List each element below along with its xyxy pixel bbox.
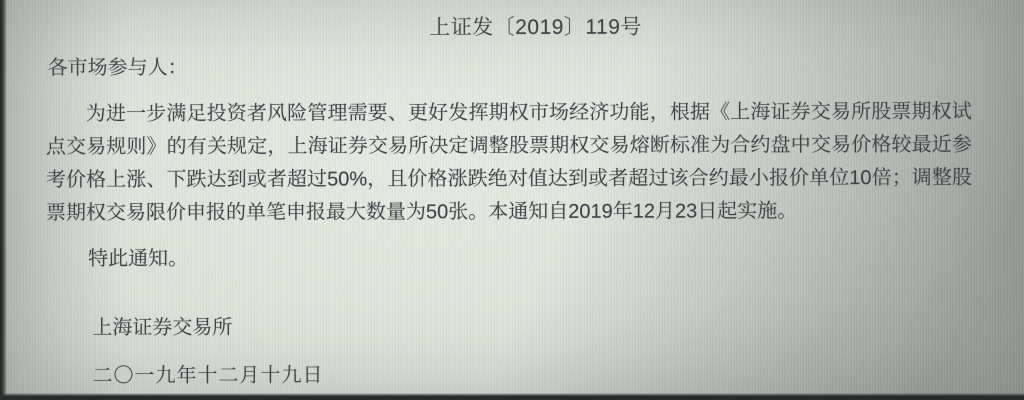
notice-document: 上证发〔2019〕119号 各市场参与人： 为进一步满足投资者风险管理需要、更好…	[0, 0, 1024, 400]
closing-phrase: 特此通知。	[88, 244, 188, 274]
body-paragraph: 为进一步满足投资者风险管理需要、更好发挥期权市场经济功能，根据《上海证券交易所股…	[46, 96, 972, 230]
screen-photo: 上证发〔2019〕119号 各市场参与人： 为进一步满足投资者风险管理需要、更好…	[0, 0, 1024, 400]
salutation: 各市场参与人：	[48, 53, 188, 83]
screen-left-edge	[0, 0, 7, 400]
screen-bottom-edge	[0, 393, 1024, 400]
document-number: 上证发〔2019〕119号	[24, 12, 1024, 45]
issuer-signature: 上海证券交易所	[92, 313, 232, 343]
issue-date: 二〇一九年十二月十九日	[92, 360, 323, 391]
